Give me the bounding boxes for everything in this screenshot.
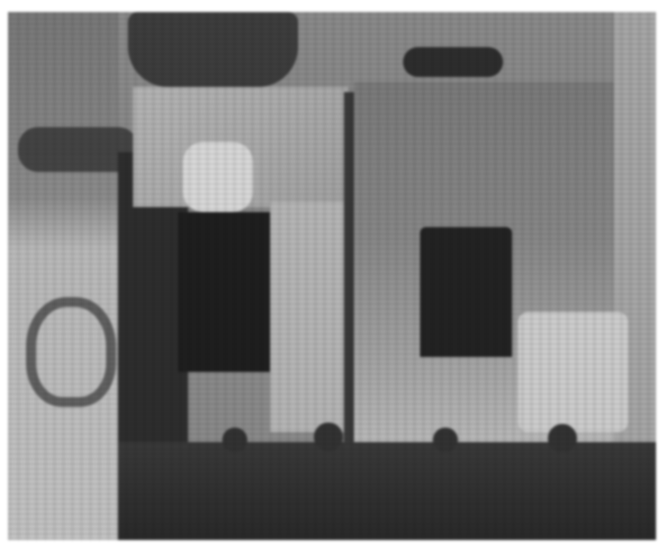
film-grain: [8, 12, 656, 540]
brick-wall-photo: [8, 12, 656, 540]
